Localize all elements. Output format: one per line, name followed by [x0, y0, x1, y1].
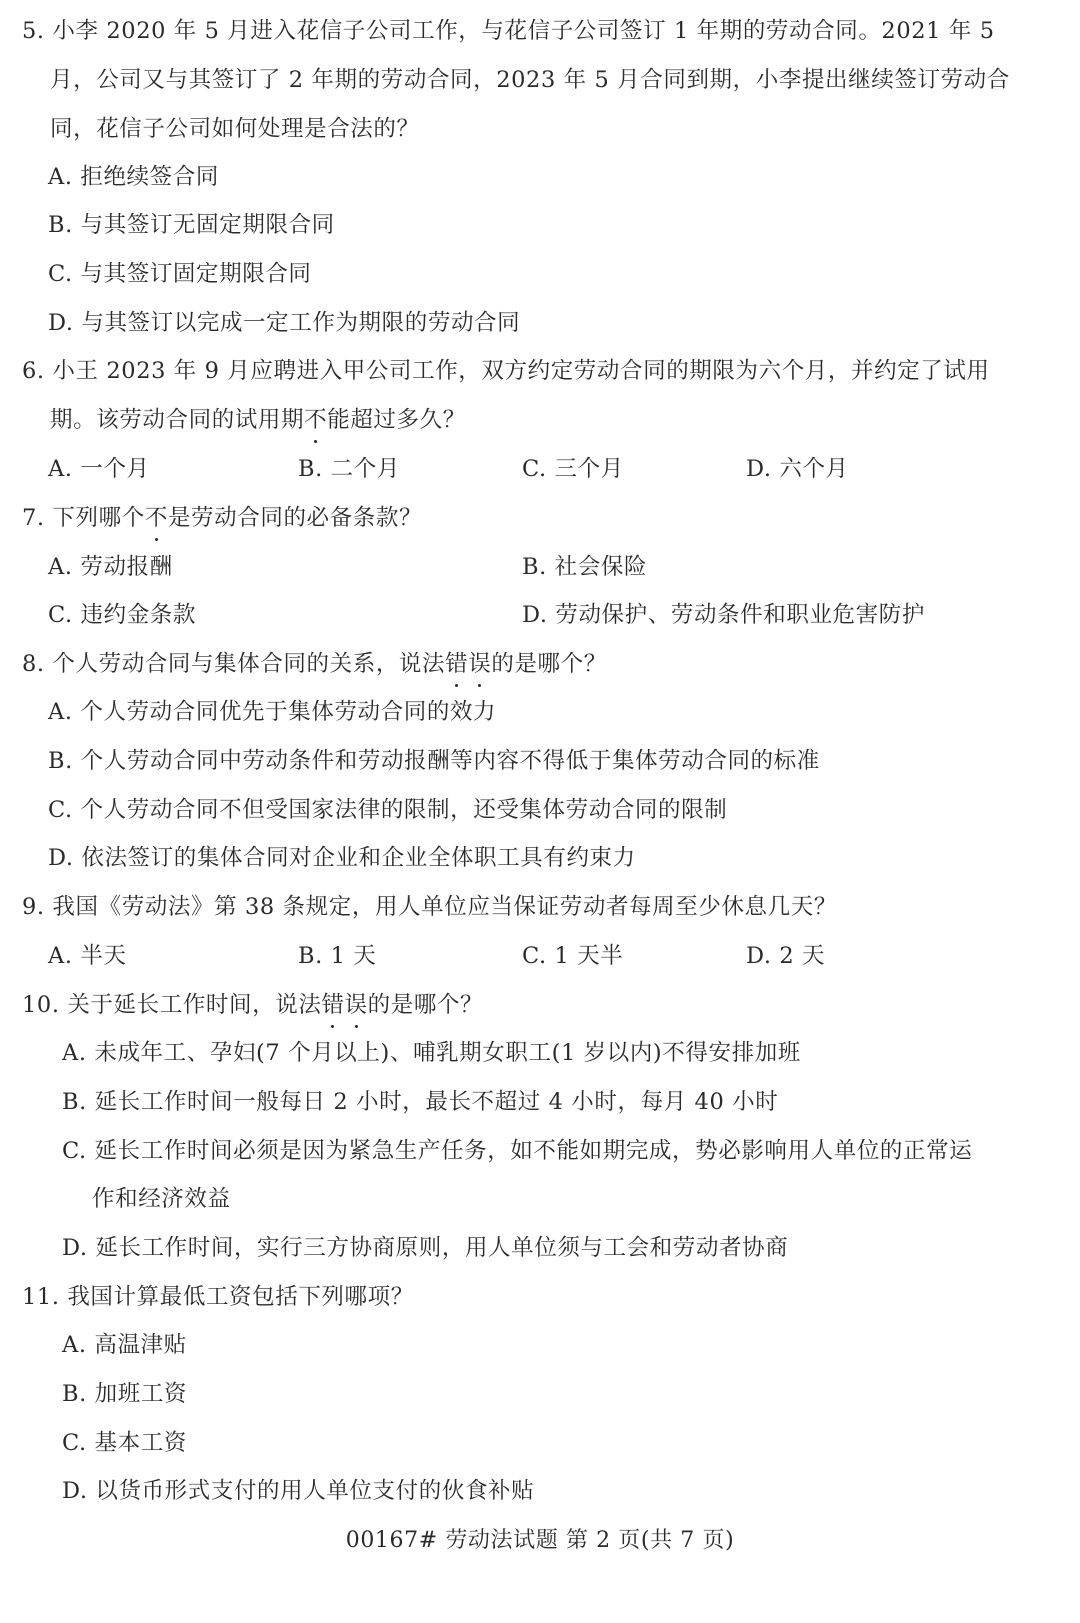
q6-option-b: B. 二个月: [298, 454, 400, 484]
q11-option-a: A. 高温津贴: [62, 1330, 187, 1360]
q6-option-d: D. 六个月: [746, 454, 849, 484]
q8-emphasis-char-1: 错: [445, 649, 468, 679]
q11-option-b: B. 加班工资: [62, 1379, 187, 1409]
q10-option-d: D. 延长工作时间，实行三方协商原则，用人单位须与工会和劳动者协商: [62, 1233, 788, 1263]
q5-stem-line-3: 同，花信子公司如何处理是合法的？: [50, 114, 420, 144]
q10-option-b: B. 延长工作时间一般每日 2 小时，最长不超过 4 小时，每月 40 小时: [62, 1087, 778, 1117]
q5-stem-line-1: 5. 小李 2020 年 5 月进入花信子公司工作，与花信子公司签订 1 年期的…: [22, 16, 995, 46]
q8-emphasis-char-2: 误: [468, 649, 491, 679]
q6-option-c: C. 三个月: [522, 454, 624, 484]
q7-option-b: B. 社会保险: [522, 552, 647, 582]
q7-stem-text-a: 7. 下列哪个: [22, 505, 145, 531]
q10-option-c-continuation: 作和经济效益: [92, 1184, 231, 1214]
q6-stem-text-b: 能超过多久？: [327, 407, 466, 433]
q6-option-a: A. 一个月: [48, 454, 150, 484]
q9-option-b: B. 1 天: [298, 941, 376, 971]
q10-stem-text-b: 的是哪个？: [368, 992, 484, 1018]
q8-stem: 8. 个人劳动合同与集体合同的关系，说法错误的是哪个？: [22, 649, 607, 679]
q7-stem-text-b: 是劳动合同的必备条款？: [168, 505, 422, 531]
q7-stem: 7. 下列哪个不是劳动合同的必备条款？: [22, 503, 422, 533]
q7-option-c: C. 违约金条款: [48, 600, 196, 630]
q10-stem-text-a: 10. 关于延长工作时间，说法: [22, 992, 321, 1018]
q9-option-d: D. 2 天: [746, 941, 825, 971]
q11-option-d: D. 以货币形式支付的用人单位支付的伙食补贴: [62, 1476, 534, 1506]
q5-option-c: C. 与其签订固定期限合同: [48, 259, 312, 289]
q6-emphasis-word: 不: [304, 405, 327, 435]
q6-stem-line-2: 期。该劳动合同的试用期不能超过多久？: [50, 405, 466, 435]
q5-stem-line-2: 月，公司又与其签订了 2 年期的劳动合同，2023 年 5 月合同到期，小李提出…: [50, 65, 1010, 95]
q8-option-c: C. 个人劳动合同不但受国家法律的限制，还受集体劳动合同的限制: [48, 795, 727, 825]
q9-stem: 9. 我国《劳动法》第 38 条规定，用人单位应当保证劳动者每周至少休息几天？: [22, 892, 837, 922]
q8-stem-text-a: 8. 个人劳动合同与集体合同的关系，说法: [22, 651, 445, 677]
q7-emphasis-word: 不: [145, 503, 168, 533]
q5-option-d: D. 与其签订以完成一定工作为期限的劳动合同: [48, 308, 520, 338]
q10-stem: 10. 关于延长工作时间，说法错误的是哪个？: [22, 990, 483, 1020]
q6-stem-line-1: 6. 小王 2023 年 9 月应聘进入甲公司工作，双方约定劳动合同的期限为六个…: [22, 356, 990, 386]
page-footer: 00167# 劳动法试题 第 2 页(共 7 页): [0, 1526, 1080, 1556]
q5-option-a: A. 拒绝续签合同: [48, 162, 219, 192]
q10-option-a: A. 未成年工、孕妇(7 个月以上)、哺乳期女职工(1 岁以内)不得安排加班: [62, 1038, 801, 1068]
q11-option-c: C. 基本工资: [62, 1428, 187, 1458]
q7-option-a: A. 劳动报酬: [48, 552, 173, 582]
q8-option-a: A. 个人劳动合同优先于集体劳动合同的效力: [48, 697, 496, 727]
q6-stem-text-a: 期。该劳动合同的试用期: [50, 407, 304, 433]
q8-option-b: B. 个人劳动合同中劳动条件和劳动报酬等内容不得低于集体劳动合同的标准: [48, 746, 820, 776]
q9-option-a: A. 半天: [48, 941, 127, 971]
q5-option-b: B. 与其签订无固定期限合同: [48, 210, 335, 240]
q8-option-d: D. 依法签订的集体合同对企业和企业全体职工具有约束力: [48, 843, 636, 873]
q8-stem-text-b: 的是哪个？: [491, 651, 607, 677]
q9-option-c: C. 1 天半: [522, 941, 623, 971]
q10-emphasis-char-2: 误: [345, 990, 368, 1020]
q10-option-c: C. 延长工作时间必须是因为紧急生产任务，如不能如期完成，势必影响用人单位的正常…: [62, 1136, 972, 1166]
q7-option-d: D. 劳动保护、劳动条件和职业危害防护: [522, 600, 925, 630]
exam-page: 5. 小李 2020 年 5 月进入花信子公司工作，与花信子公司签订 1 年期的…: [0, 0, 1080, 1623]
q11-stem: 11. 我国计算最低工资包括下列哪项？: [22, 1282, 414, 1312]
q10-emphasis-char-1: 错: [321, 990, 344, 1020]
